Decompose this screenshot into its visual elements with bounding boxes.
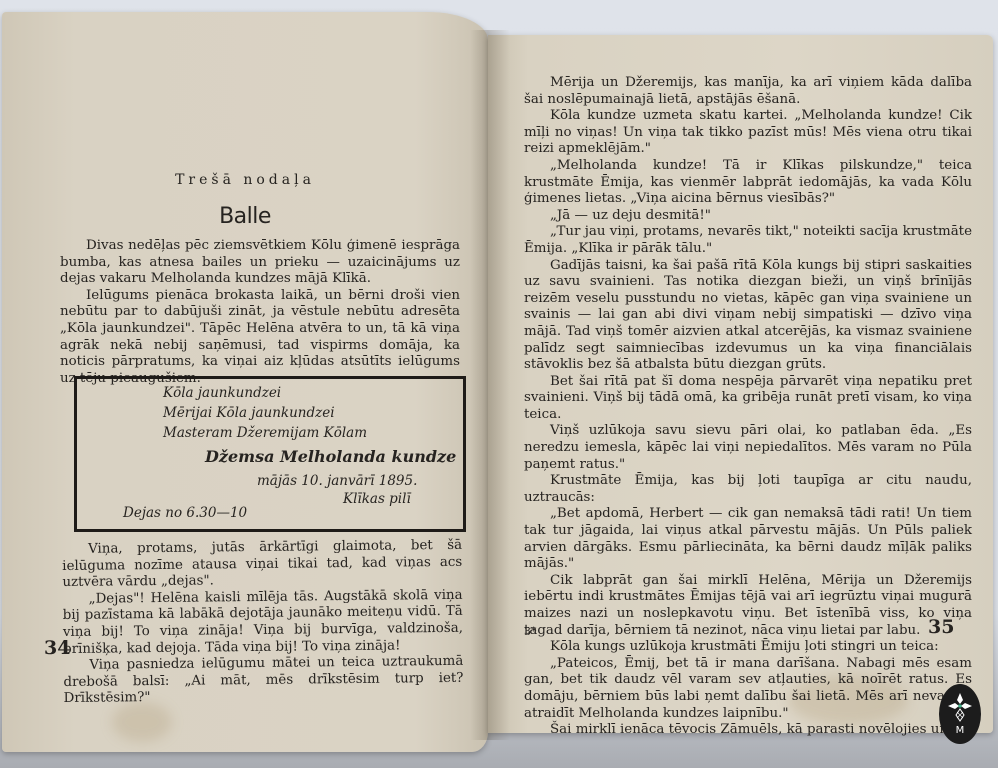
- page-number-left: 34: [44, 637, 70, 659]
- chapter-title: Balle: [2, 204, 488, 229]
- paragraph: „Tur jau viņi, protams, nevarēs tikt," n…: [524, 224, 972, 257]
- page-number-right: 35: [928, 616, 954, 638]
- paragraph: „Melholanda kundze! Tā ir Klīkas pilskun…: [524, 158, 972, 208]
- right-text: Mērija un Džeremijs, kas manīja, ka arī …: [524, 75, 972, 739]
- paragraph: Šai mirklī ienāca tēvocis Zāmuēls, kā pa…: [524, 722, 972, 739]
- invitation-time: Dejas no 6.30—10: [123, 505, 247, 521]
- book-spine-shadow: [470, 30, 510, 740]
- paragraph: Viņa, protams, jutās ārkārtīgi glaimota,…: [62, 538, 462, 592]
- invitation-card: Kōla jaunkundzei Mērijai Kōla jaunkundze…: [74, 376, 466, 532]
- left-bottom-text: Viņa, protams, jutās ārkārtīgi glaimota,…: [62, 538, 464, 708]
- left-top-text: Divas nedēļas pēc ziemsvētkiem Kōlu ģime…: [60, 238, 460, 387]
- paragraph: Ielūgums pienāca brokasta laikā, un bērn…: [60, 288, 460, 388]
- invitation-place: Klīkas pilī: [343, 491, 411, 507]
- left-page: Trešā nodaļa Balle Divas nedēļas pēc zie…: [2, 12, 488, 752]
- folk-ornament-logo-icon: M: [945, 691, 975, 737]
- invitation-addressee: Kōla jaunkundzei: [163, 385, 281, 401]
- invitation-host: Džemsa Melholanda kundze: [205, 447, 456, 466]
- paper-stain: [112, 702, 172, 742]
- signature-mark: 3*: [524, 625, 537, 638]
- paragraph: „Bet apdomā, Herbert — cik gan nemaksā t…: [524, 506, 972, 572]
- invitation-addressee: Mērijai Kōla jaunkundzei: [163, 405, 335, 421]
- invitation-date: mājās 10. janvārī 1895.: [257, 473, 417, 489]
- paragraph: Gadījās taisni, ka šai pašā rītā Kōla ku…: [524, 258, 972, 374]
- paragraph: „Dejas"! Helēna kaisli mīlēja tās. Augst…: [63, 588, 464, 659]
- svg-text:M: M: [956, 725, 965, 736]
- chapter-label: Trešā nodaļa: [2, 172, 488, 188]
- paragraph: Bet šai rītā pat šī doma nespēja pārvarē…: [524, 374, 972, 424]
- invitation-addressee: Masteram Džeremijam Kōlam: [163, 425, 367, 441]
- right-page: Mērija un Džeremijs, kas manīja, ka arī …: [488, 35, 993, 733]
- paragraph: Viņš uzlūkoja savu sievu pāri olai, ko p…: [524, 423, 972, 473]
- paragraph: Viņa pasniedza ielūgumu mātei un teica u…: [63, 654, 463, 708]
- paragraph: Kōla kundze uzmeta skatu kartei. „Melhol…: [524, 108, 972, 158]
- watermark-logo: M: [939, 684, 981, 744]
- paragraph: Mērija un Džeremijs, kas manīja, ka arī …: [524, 75, 972, 108]
- paragraph: Krustmāte Ēmija, kas bij ļoti taupīga ar…: [524, 473, 972, 506]
- paragraph: Cik labprāt gan šai mirklī Helēna, Mērij…: [524, 573, 972, 639]
- paragraph: „Jā — uz deju desmitā!": [524, 208, 972, 225]
- paragraph: Divas nedēļas pēc ziemsvētkiem Kōlu ģime…: [60, 238, 460, 288]
- paragraph: „Pateicos, Ēmij, bet tā ir mana darīšana…: [524, 656, 972, 722]
- paragraph: Kōla kungs uzlūkoja krustmāti Ēmiju ļoti…: [524, 639, 972, 656]
